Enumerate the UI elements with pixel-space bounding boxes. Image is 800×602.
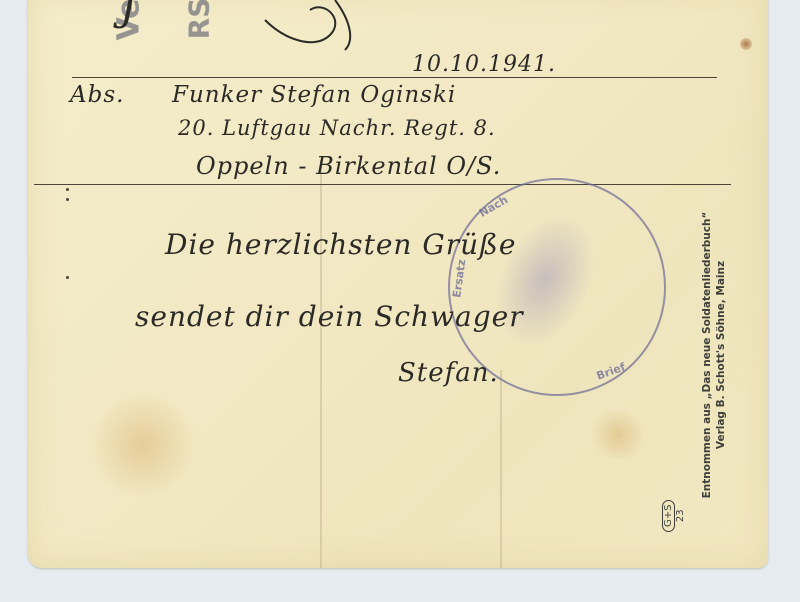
address-rule-top	[72, 77, 717, 78]
fold-crease	[320, 160, 322, 568]
age-stain	[88, 390, 198, 500]
printer-logo: G+S	[662, 500, 675, 532]
punch-mark	[66, 188, 69, 191]
publisher-line-2: Verlag B. Schott's Söhne, Mainz	[714, 165, 728, 545]
sender-prefix: Abs.	[70, 82, 124, 108]
date: 10.10.1941.	[412, 52, 556, 77]
publisher-imprint: Entnommen aus „Das neue Soldatenliederbu…	[700, 165, 728, 545]
publisher-line-1: Entnommen aus „Das neue Soldatenliederbu…	[700, 165, 714, 545]
printer-mark: G+S 23	[662, 500, 686, 532]
message-signature: Stefan.	[398, 358, 499, 388]
top-signature-fragment: J	[120, 0, 137, 30]
ink-spot	[740, 38, 752, 50]
fold-crease	[500, 370, 502, 568]
printer-number: 23	[675, 509, 686, 522]
punch-mark	[66, 198, 69, 201]
message-line-2: sendet dir dein Schwager	[135, 300, 524, 333]
address-rule-bottom	[34, 184, 731, 185]
punch-mark	[66, 276, 69, 279]
signature-flourish-icon	[255, 0, 365, 55]
sender-line-1: Funker Stefan Oginski	[172, 82, 456, 108]
top-stamp-letters-2: RS	[182, 0, 215, 39]
sender-line-3: Oppeln - Birkental O/S.	[196, 152, 501, 180]
sender-line-2: 20. Luftgau Nachr. Regt. 8.	[178, 116, 496, 140]
age-stain	[588, 410, 648, 460]
message-line-1: Die herzlichsten Grüße	[165, 228, 516, 261]
